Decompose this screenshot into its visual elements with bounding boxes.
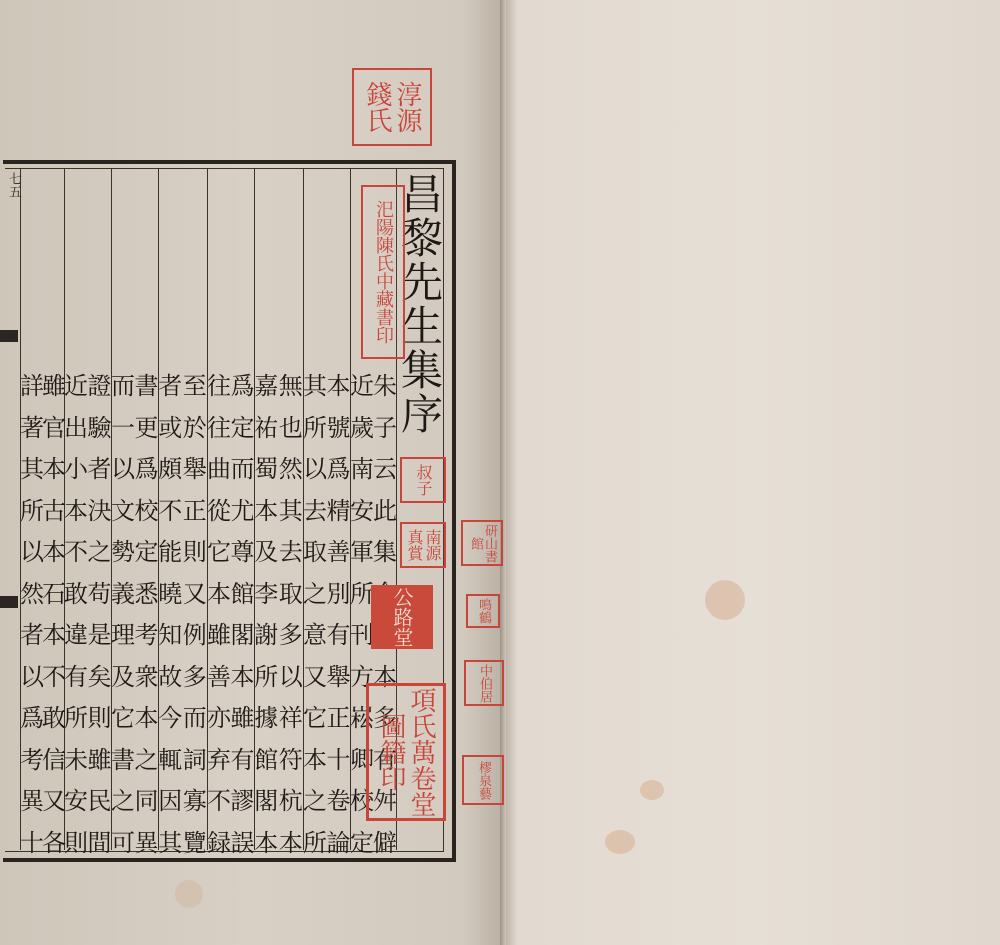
- seal-small-2: 南源真賞: [400, 522, 446, 568]
- paper-stain: [640, 780, 664, 800]
- text-line: 書更爲校定悉考衆本之同異: [135, 366, 159, 864]
- text-line: 往往曲從它本雖善亦弃不録: [207, 366, 231, 864]
- seal-small-1: 叔子: [400, 457, 446, 503]
- seal-large: 項氏萬卷堂圖籍印: [366, 683, 446, 821]
- seal-margin-1: 研山書館: [461, 520, 503, 566]
- text-line: 本號爲精善別有舉正十卷論: [327, 366, 351, 864]
- paper-stain: [175, 880, 203, 908]
- paper-stain: [705, 580, 745, 620]
- seal-margin-4: 樛泉藝: [462, 755, 504, 805]
- seal-margin-2: 鳴鶴: [466, 594, 500, 628]
- seal-top: 淳源錢氏: [352, 68, 432, 146]
- seal-long-column: 汜陽陳氏中藏書印: [361, 185, 405, 359]
- fold-marker: [0, 596, 18, 608]
- text-line: 無也然其去取多以祥符杭本: [279, 366, 304, 864]
- fold-edge-label: 七五: [4, 172, 23, 198]
- text-line: 爲定而尤尊館閣本雖有謬誤: [231, 366, 255, 864]
- text-line: 雖官本古本石本不敢信又各: [42, 366, 64, 864]
- right-page-blank: [503, 0, 1000, 945]
- text-line: 至於舉正則又例多而詞寡覽: [183, 366, 208, 864]
- seal-margin-3: 中伯居: [464, 660, 504, 706]
- text-line: 嘉祐蜀本及李謝所據館閣本: [254, 366, 279, 864]
- text-line: 近出小本不敢違有所未安則: [64, 366, 88, 864]
- text-line: 詳著其所以然者以爲考異十: [20, 366, 42, 864]
- seal-red-filled: 公路堂: [371, 585, 433, 649]
- text-line: 證驗者決之苟是矣則雖民間: [88, 366, 112, 864]
- text-line: 其所以去取之意又它本之所: [303, 366, 327, 864]
- text-line: 而一以文勢義理及它書之可: [111, 366, 135, 864]
- text-line: 者或頗不能曉知故今輒因其: [158, 366, 183, 864]
- paper-stain: [605, 830, 635, 854]
- fold-marker: [0, 330, 18, 342]
